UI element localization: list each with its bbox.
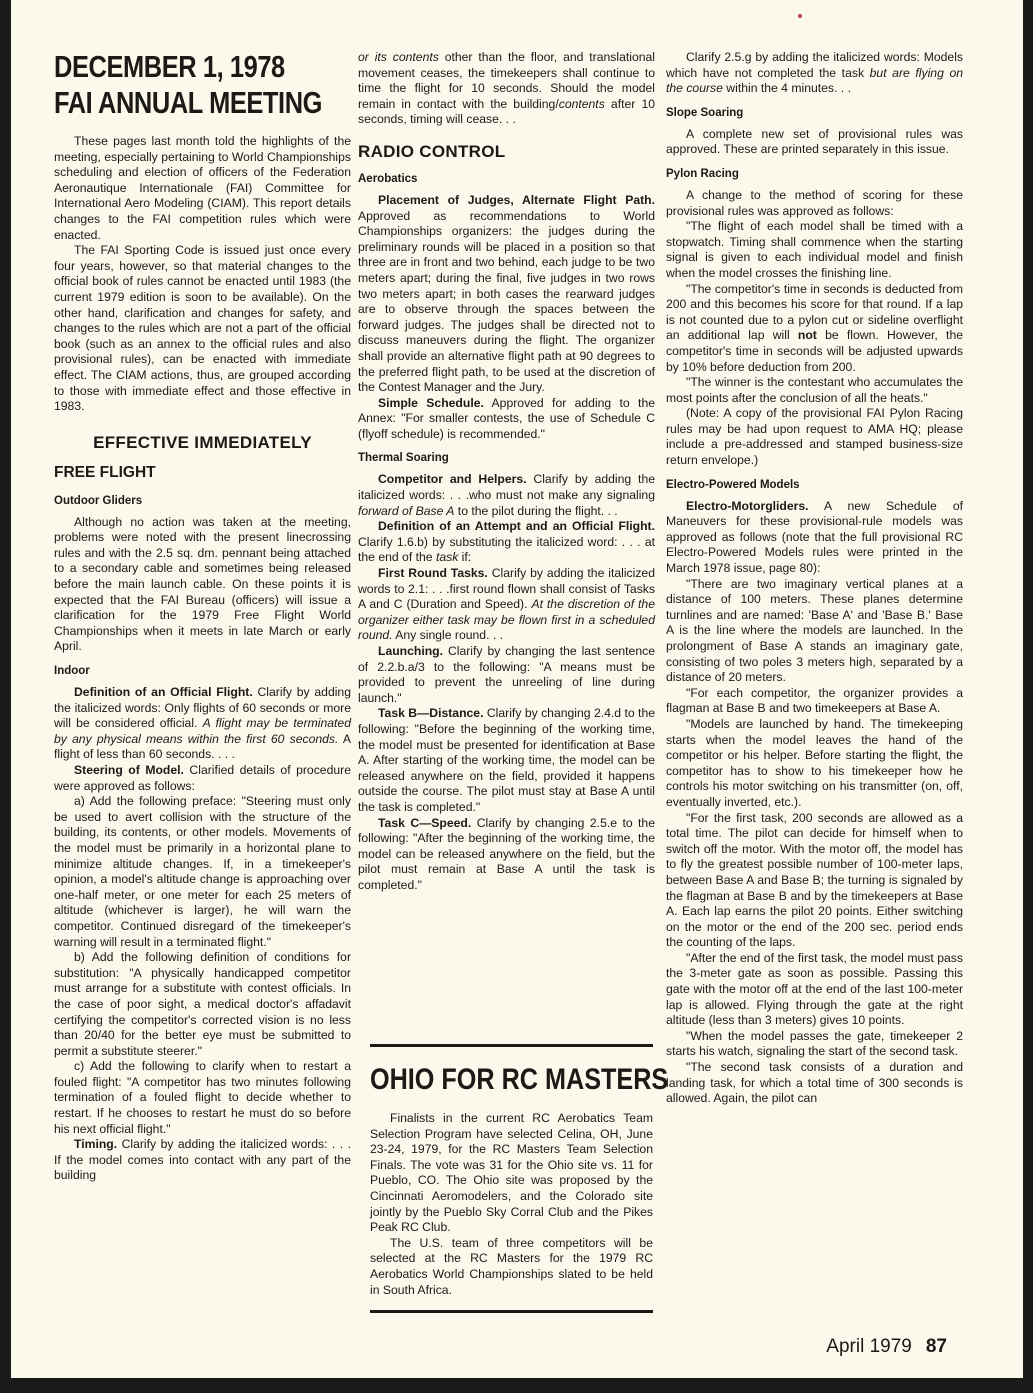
text-run: Clarify 1.6.b) by substituting the itali… bbox=[358, 535, 655, 565]
pylon-paragraph-5: (Note: A copy of the provisional FAI Pyl… bbox=[666, 406, 963, 468]
electro-paragraph-8: "The second task consists of a duration … bbox=[666, 1060, 963, 1107]
italic-run: contents bbox=[559, 97, 605, 111]
timing-continued: or its contents other than the floor, an… bbox=[358, 50, 655, 128]
run-in-title: Definition of an Official Flight. bbox=[74, 685, 253, 699]
run-in-title: Task C—Speed. bbox=[378, 816, 471, 830]
helpers-paragraph: Competitor and Helpers. Clarify by addin… bbox=[358, 472, 655, 519]
steering-item-c: c) Add the following to clarify when to … bbox=[54, 1059, 351, 1137]
task-b-paragraph: Task B—Distance. Clarify by changing 2.4… bbox=[358, 706, 655, 815]
sidebar-paragraph-1: Finalists in the current RC Aerobatics T… bbox=[370, 1111, 653, 1236]
run-in-title: Placement of Judges, Alternate Flight Pa… bbox=[378, 193, 655, 207]
page-number: 87 bbox=[926, 1336, 947, 1357]
column-2: or its contents other than the floor, an… bbox=[358, 50, 655, 894]
subheading-thermal-soaring: Thermal Soaring bbox=[358, 451, 655, 466]
attempt-paragraph: Definition of an Attempt and an Official… bbox=[358, 519, 655, 566]
clarify-g-paragraph: Clarify 2.5.g by adding the italicized w… bbox=[666, 50, 963, 97]
sidebar-paragraph-2: The U.S. team of three competitors will … bbox=[370, 1236, 653, 1298]
subheading-slope-soaring: Slope Soaring bbox=[666, 106, 963, 121]
page-footer: April 197987 bbox=[826, 1336, 947, 1358]
run-in-title: Competitor and Helpers. bbox=[378, 472, 527, 486]
text-run: to the pilot during the flight. . . bbox=[454, 504, 617, 518]
steering-item-b: b) Add the following definition of condi… bbox=[54, 950, 351, 1059]
text-run: Approved as recommendations to World Cha… bbox=[358, 209, 655, 395]
italic-run: task bbox=[436, 550, 458, 564]
timing-paragraph: Timing. Clarify by adding the italicized… bbox=[54, 1137, 351, 1184]
text-run: within the 4 minutes. . . bbox=[723, 81, 851, 95]
run-in-title: First Round Tasks. bbox=[378, 566, 488, 580]
electro-paragraph-2: "There are two imaginary vertical planes… bbox=[666, 577, 963, 686]
pylon-paragraph-4: "The winner is the contestant who accumu… bbox=[666, 375, 963, 406]
column-3: Clarify 2.5.g by adding the italicized w… bbox=[666, 50, 963, 1107]
motorgliders-paragraph: Electro-Motorgliders. A new Schedule of … bbox=[666, 499, 963, 577]
italic-run: or its contents bbox=[358, 50, 439, 64]
electro-paragraph-4: "Models are launched by hand. The timeke… bbox=[666, 717, 963, 811]
text-run: if: bbox=[458, 550, 471, 564]
pylon-paragraph-3: "The competitor's time in seconds is ded… bbox=[666, 282, 963, 376]
subheading-pylon-racing: Pylon Racing bbox=[666, 167, 963, 182]
steering-paragraph: Steering of Model. Clarified details of … bbox=[54, 763, 351, 794]
pylon-paragraph-2: "The flight of each model shall be timed… bbox=[666, 219, 963, 281]
task-c-paragraph: Task C—Speed. Clarify by changing 2.5.e … bbox=[358, 816, 655, 894]
first-round-paragraph: First Round Tasks. Clarify by adding the… bbox=[358, 566, 655, 644]
issue-date: April 1979 bbox=[826, 1336, 912, 1357]
run-in-title: Simple Schedule. bbox=[378, 396, 484, 410]
column-1: DECEMBER 1, 1978 FAI ANNUAL MEETING Thes… bbox=[54, 50, 351, 1184]
subheading-aerobatics: Aerobatics bbox=[358, 172, 655, 187]
schedule-paragraph: Simple Schedule. Approved for adding to … bbox=[358, 396, 655, 443]
intro-paragraph-2: The FAI Sporting Code is issued just onc… bbox=[54, 243, 351, 415]
subheading-indoor: Indoor bbox=[54, 664, 351, 679]
section-heading-free-flight: FREE FLIGHT bbox=[54, 463, 351, 482]
headline-line-2: FAI ANNUAL MEETING bbox=[54, 86, 298, 120]
slope-soaring-text: A complete new set of provisional rules … bbox=[666, 127, 963, 158]
run-in-title: Launching. bbox=[378, 644, 443, 658]
outdoor-gliders-text: Although no action was taken at the meet… bbox=[54, 515, 351, 655]
box-bottom-rule bbox=[370, 1310, 653, 1313]
subheading-electro-powered: Electro-Powered Models bbox=[666, 478, 963, 493]
subheading-outdoor-gliders: Outdoor Gliders bbox=[54, 494, 351, 509]
run-in-title: Electro-Motorgliders. bbox=[686, 499, 809, 513]
headline-line-1: DECEMBER 1, 1978 bbox=[54, 50, 298, 84]
electro-paragraph-6: "After the end of the first task, the mo… bbox=[666, 951, 963, 1029]
launching-paragraph: Launching. Clarify by changing the last … bbox=[358, 644, 655, 706]
judges-paragraph: Placement of Judges, Alternate Flight Pa… bbox=[358, 193, 655, 396]
run-in-title: Timing. bbox=[74, 1137, 117, 1151]
sidebar-body: Finalists in the current RC Aerobatics T… bbox=[370, 1111, 653, 1298]
electro-paragraph-7: "When the model passes the gate, timekee… bbox=[666, 1029, 963, 1060]
section-heading-radio-control: RADIO CONTROL bbox=[358, 142, 655, 162]
run-in-title: Steering of Model. bbox=[74, 763, 184, 777]
sidebar-box-ohio: OHIO FOR RC MASTERS Finalists in the cur… bbox=[370, 1044, 653, 1313]
sidebar-headline: OHIO FOR RC MASTERS bbox=[370, 1063, 608, 1097]
text-run: Any single round. . . bbox=[393, 628, 503, 642]
bold-run: not bbox=[798, 328, 817, 342]
pylon-paragraph-1: A change to the method of scoring for th… bbox=[666, 188, 963, 219]
official-flight-paragraph: Definition of an Official Flight. Clarif… bbox=[54, 685, 351, 763]
run-in-title: Definition of an Attempt and an Official… bbox=[378, 519, 655, 533]
magazine-page: DECEMBER 1, 1978 FAI ANNUAL MEETING Thes… bbox=[11, 0, 1023, 1378]
intro-paragraph-1: These pages last month told the highligh… bbox=[54, 134, 351, 243]
steering-item-a: a) Add the following preface: "Steering … bbox=[54, 794, 351, 950]
section-heading-effective-immediately: EFFECTIVE IMMEDIATELY bbox=[54, 433, 351, 453]
box-top-rule bbox=[370, 1044, 653, 1047]
run-in-title: Task B—Distance. bbox=[378, 706, 483, 720]
electro-paragraph-3: "For each competitor, the organizer prov… bbox=[666, 686, 963, 717]
electro-paragraph-5: "For the first task, 200 seconds are all… bbox=[666, 811, 963, 951]
text-run: Clarify by changing 2.4.d to the followi… bbox=[358, 706, 655, 814]
italic-run: forward of Base A bbox=[358, 504, 454, 518]
print-mark bbox=[798, 14, 802, 18]
